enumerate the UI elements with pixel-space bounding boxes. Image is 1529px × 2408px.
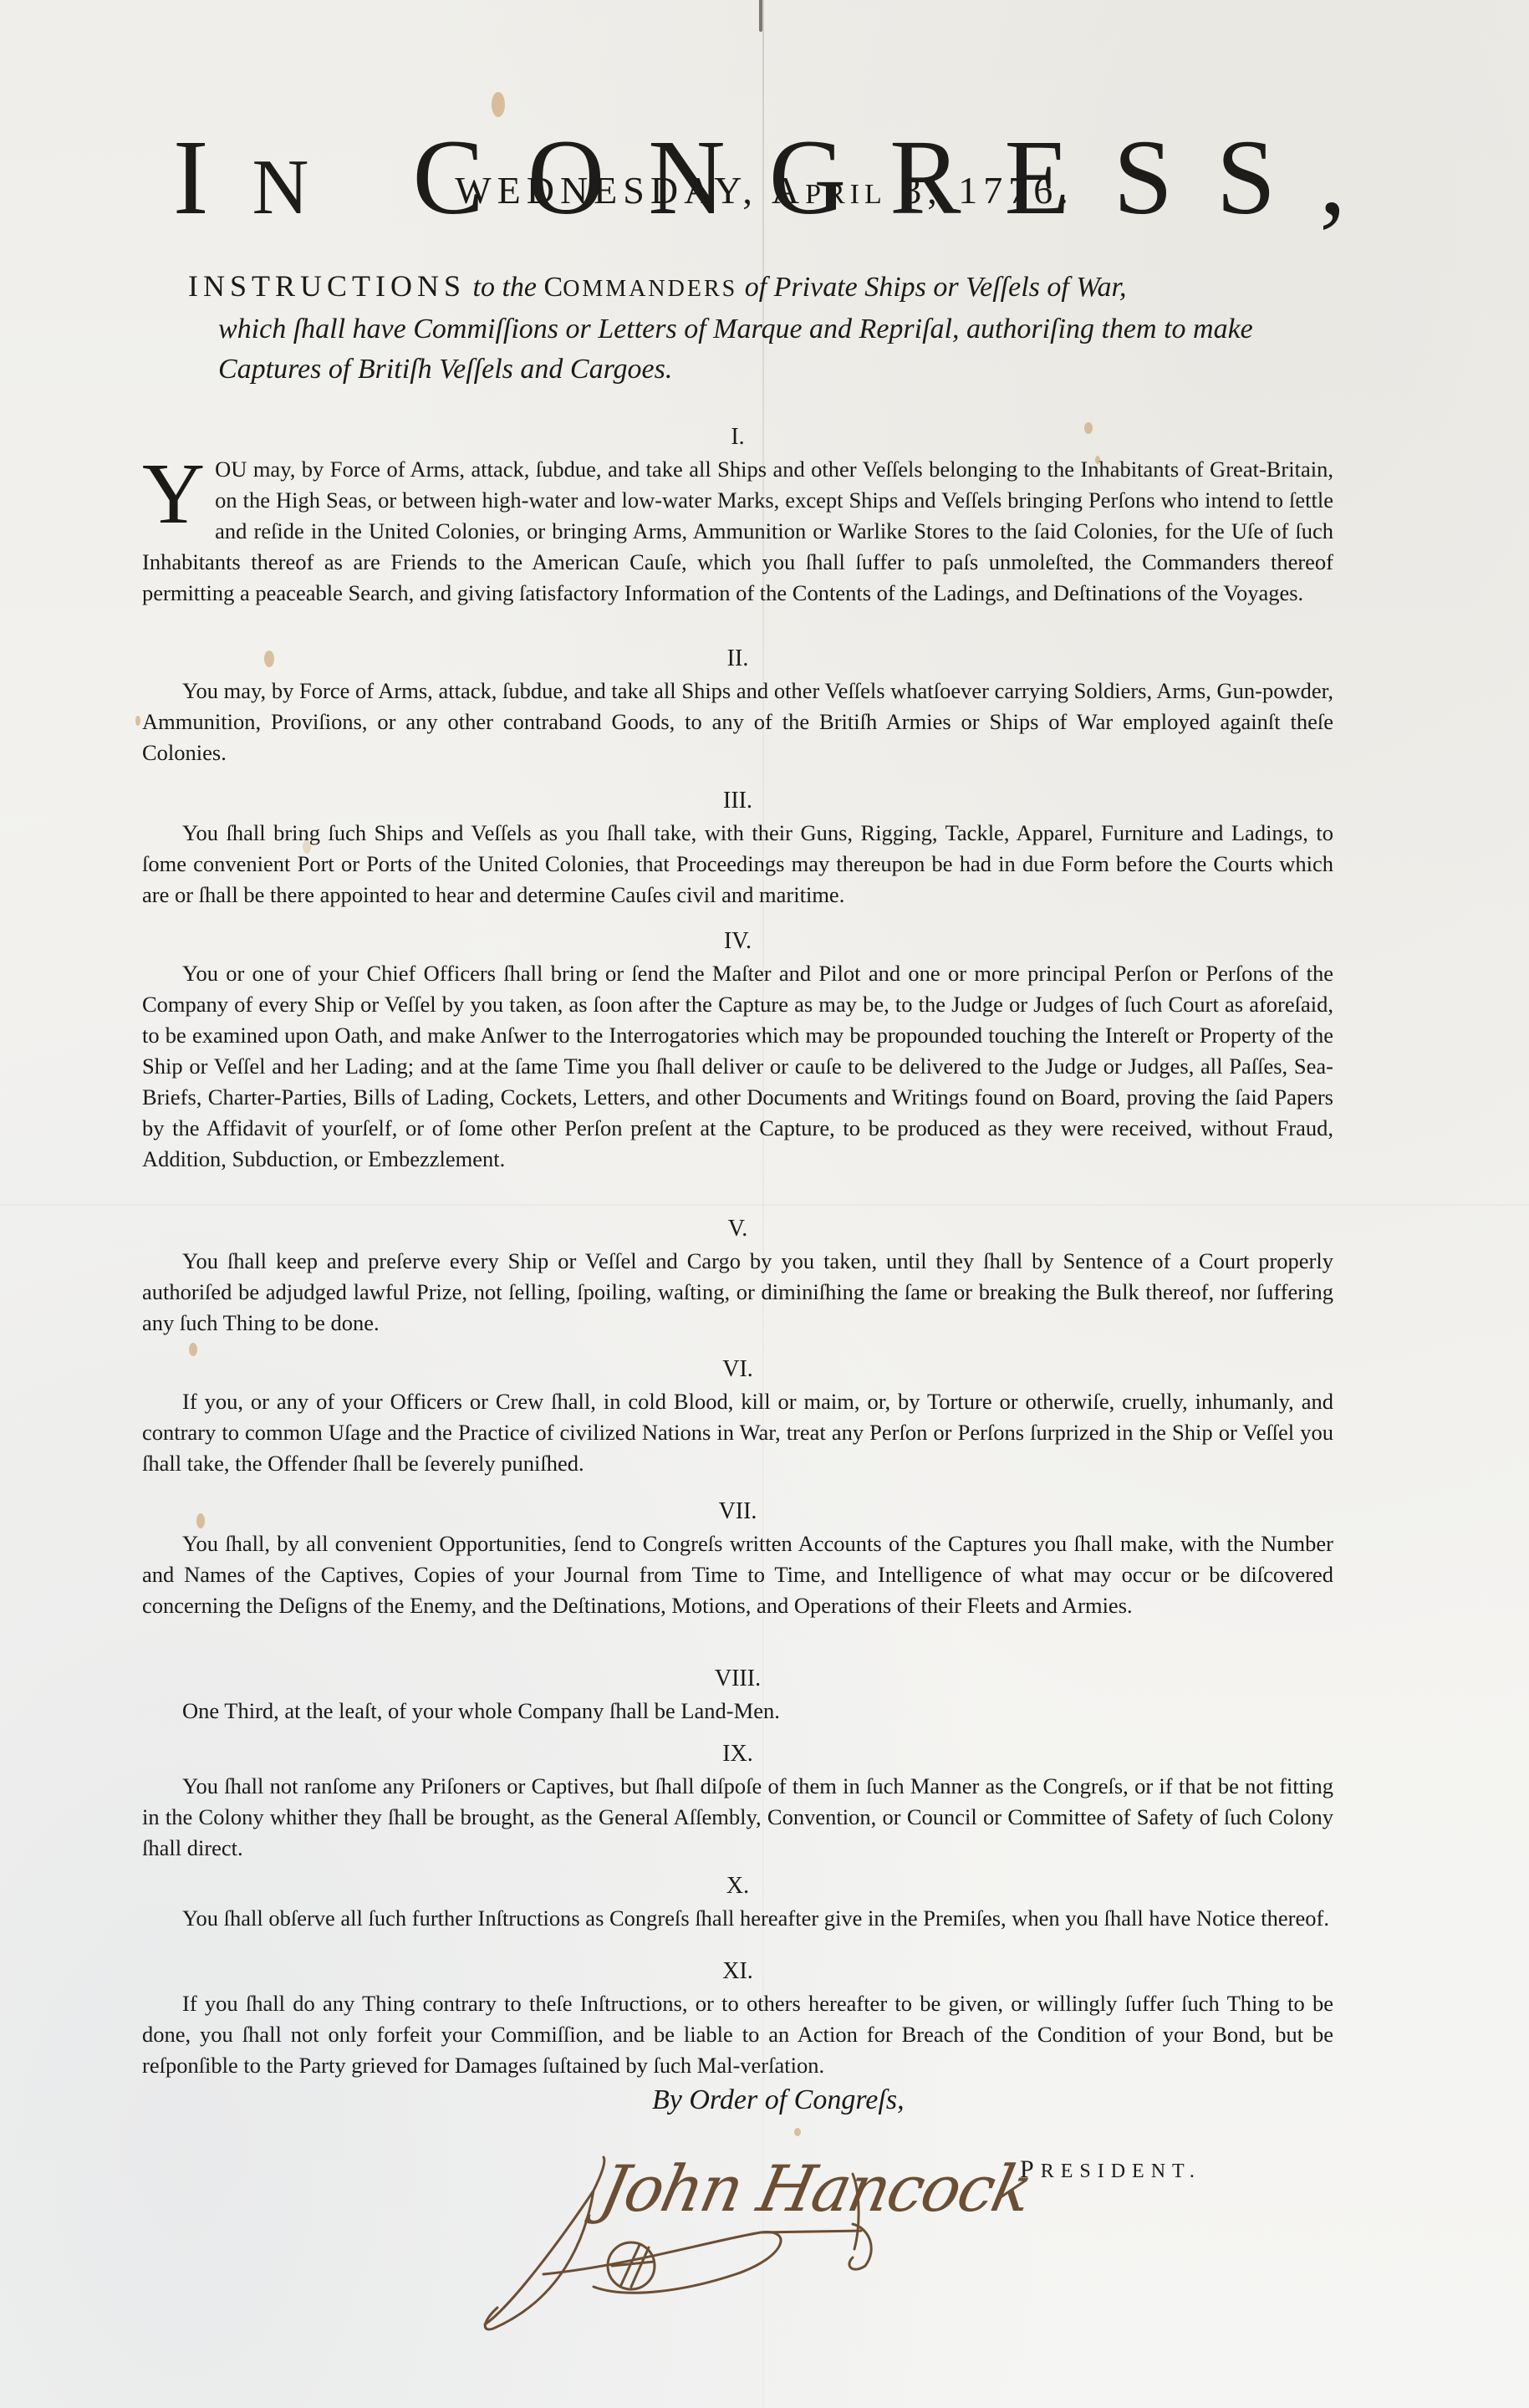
article-3: III. You ſhall bring ſuch Ships and Veſſ… bbox=[142, 786, 1333, 911]
heading-commanders-initial: C bbox=[544, 272, 563, 303]
article-numeral: V. bbox=[142, 1214, 1333, 1244]
article-numeral: III. bbox=[142, 786, 1333, 816]
president-rest: RESIDENT. bbox=[1041, 2161, 1201, 2182]
heading-line1-rest: of Private Ships or Veſſels of War, bbox=[737, 272, 1126, 303]
article-text: If you ſhall do any Thing contrary to th… bbox=[142, 1988, 1333, 2081]
article-11: XI. If you ſhall do any Thing contrary t… bbox=[142, 1956, 1333, 2081]
article-body: OU may, by Force of Arms, attack, ſubdue… bbox=[142, 457, 1333, 605]
article-text: You ſhall, by all convenient Opportuniti… bbox=[142, 1528, 1333, 1621]
signature-text: John Hancock bbox=[595, 2157, 1037, 2221]
article-numeral: IV. bbox=[142, 926, 1333, 957]
article-numeral: VIII. bbox=[142, 1664, 1333, 1694]
john-hancock-signature: John Hancock bbox=[460, 2140, 1045, 2341]
article-numeral: II. bbox=[142, 644, 1333, 674]
instructions-heading: INSTRUCTIONS to the COMMANDERS of Privat… bbox=[188, 266, 1346, 390]
date-month-rest: PRIL bbox=[805, 179, 887, 210]
top-tear-mark bbox=[759, 0, 762, 32]
article-text: One Third, at the leaſt, of your whole C… bbox=[142, 1696, 1333, 1727]
heading-instructions-word: INSTRUCTIONS bbox=[188, 269, 466, 303]
article-2: II. You may, by Force of Arms, attack, ſ… bbox=[142, 644, 1333, 768]
foxing-stain bbox=[135, 716, 140, 726]
article-text: You ſhall bring ſuch Ships and Veſſels a… bbox=[142, 818, 1333, 911]
date-month-initial: A bbox=[772, 169, 805, 212]
article-text: You ſhall not ranſome any Priſoners or C… bbox=[142, 1771, 1333, 1864]
president-initial: P bbox=[1020, 2155, 1041, 2183]
article-8: VIII. One Third, at the leaſt, of your w… bbox=[142, 1664, 1333, 1727]
heading-line2: which ſhall have Commiſſions or Letters … bbox=[188, 309, 1346, 349]
heading-to-the: to the bbox=[466, 272, 543, 303]
horizontal-fold-line bbox=[0, 1204, 1529, 1206]
article-numeral: IX. bbox=[142, 1739, 1333, 1769]
article-6: VI. If you, or any of your Officers or C… bbox=[142, 1354, 1333, 1479]
drop-cap: Y bbox=[142, 459, 205, 529]
article-5: V. You ſhall keep and preſerve every Shi… bbox=[142, 1214, 1333, 1339]
document-date: WEDNESDAY, APRIL 3, 1776. bbox=[0, 171, 1529, 210]
article-numeral: X. bbox=[142, 1871, 1333, 1901]
article-4: IV. You or one of your Chief Officers ſh… bbox=[142, 926, 1333, 1175]
article-text: If you, or any of your Officers or Crew … bbox=[142, 1386, 1333, 1479]
article-7: VII. You ſhall, by all convenient Opport… bbox=[142, 1497, 1333, 1621]
by-order-of-congress: By Order of Congreſs, bbox=[652, 2086, 905, 2115]
article-9: IX. You ſhall not ranſome any Priſoners … bbox=[142, 1739, 1333, 1864]
article-text: You ſhall keep and preſerve every Ship o… bbox=[142, 1246, 1333, 1339]
date-day: WEDNESDAY, bbox=[455, 169, 758, 212]
heading-line3: Captures of Britiſh Veſſels and Cargoes. bbox=[188, 349, 1346, 390]
article-text: You ſhall obſerve all ſuch further Inſtr… bbox=[142, 1903, 1333, 1934]
article-text: YOU may, by Force of Arms, attack, ſubdu… bbox=[142, 454, 1333, 609]
date-rest: 3, 1776. bbox=[902, 169, 1074, 212]
article-1: I. YOU may, by Force of Arms, attack, ſu… bbox=[142, 422, 1333, 609]
article-numeral: VI. bbox=[142, 1354, 1333, 1385]
foxing-stain bbox=[492, 92, 505, 117]
president-title: PRESIDENT. bbox=[1020, 2157, 1201, 2182]
article-text: You or one of your Chief Officers ſhall … bbox=[142, 958, 1333, 1175]
heading-commanders-rest: OMMANDERS bbox=[563, 276, 737, 302]
article-text: You may, by Force of Arms, attack, ſubdu… bbox=[142, 676, 1333, 768]
foxing-stain bbox=[794, 2128, 801, 2136]
article-numeral: VII. bbox=[142, 1497, 1333, 1527]
article-numeral: XI. bbox=[142, 1956, 1333, 1987]
article-numeral: I. bbox=[142, 422, 1333, 452]
article-10: X. You ſhall obſerve all ſuch further In… bbox=[142, 1871, 1333, 1934]
